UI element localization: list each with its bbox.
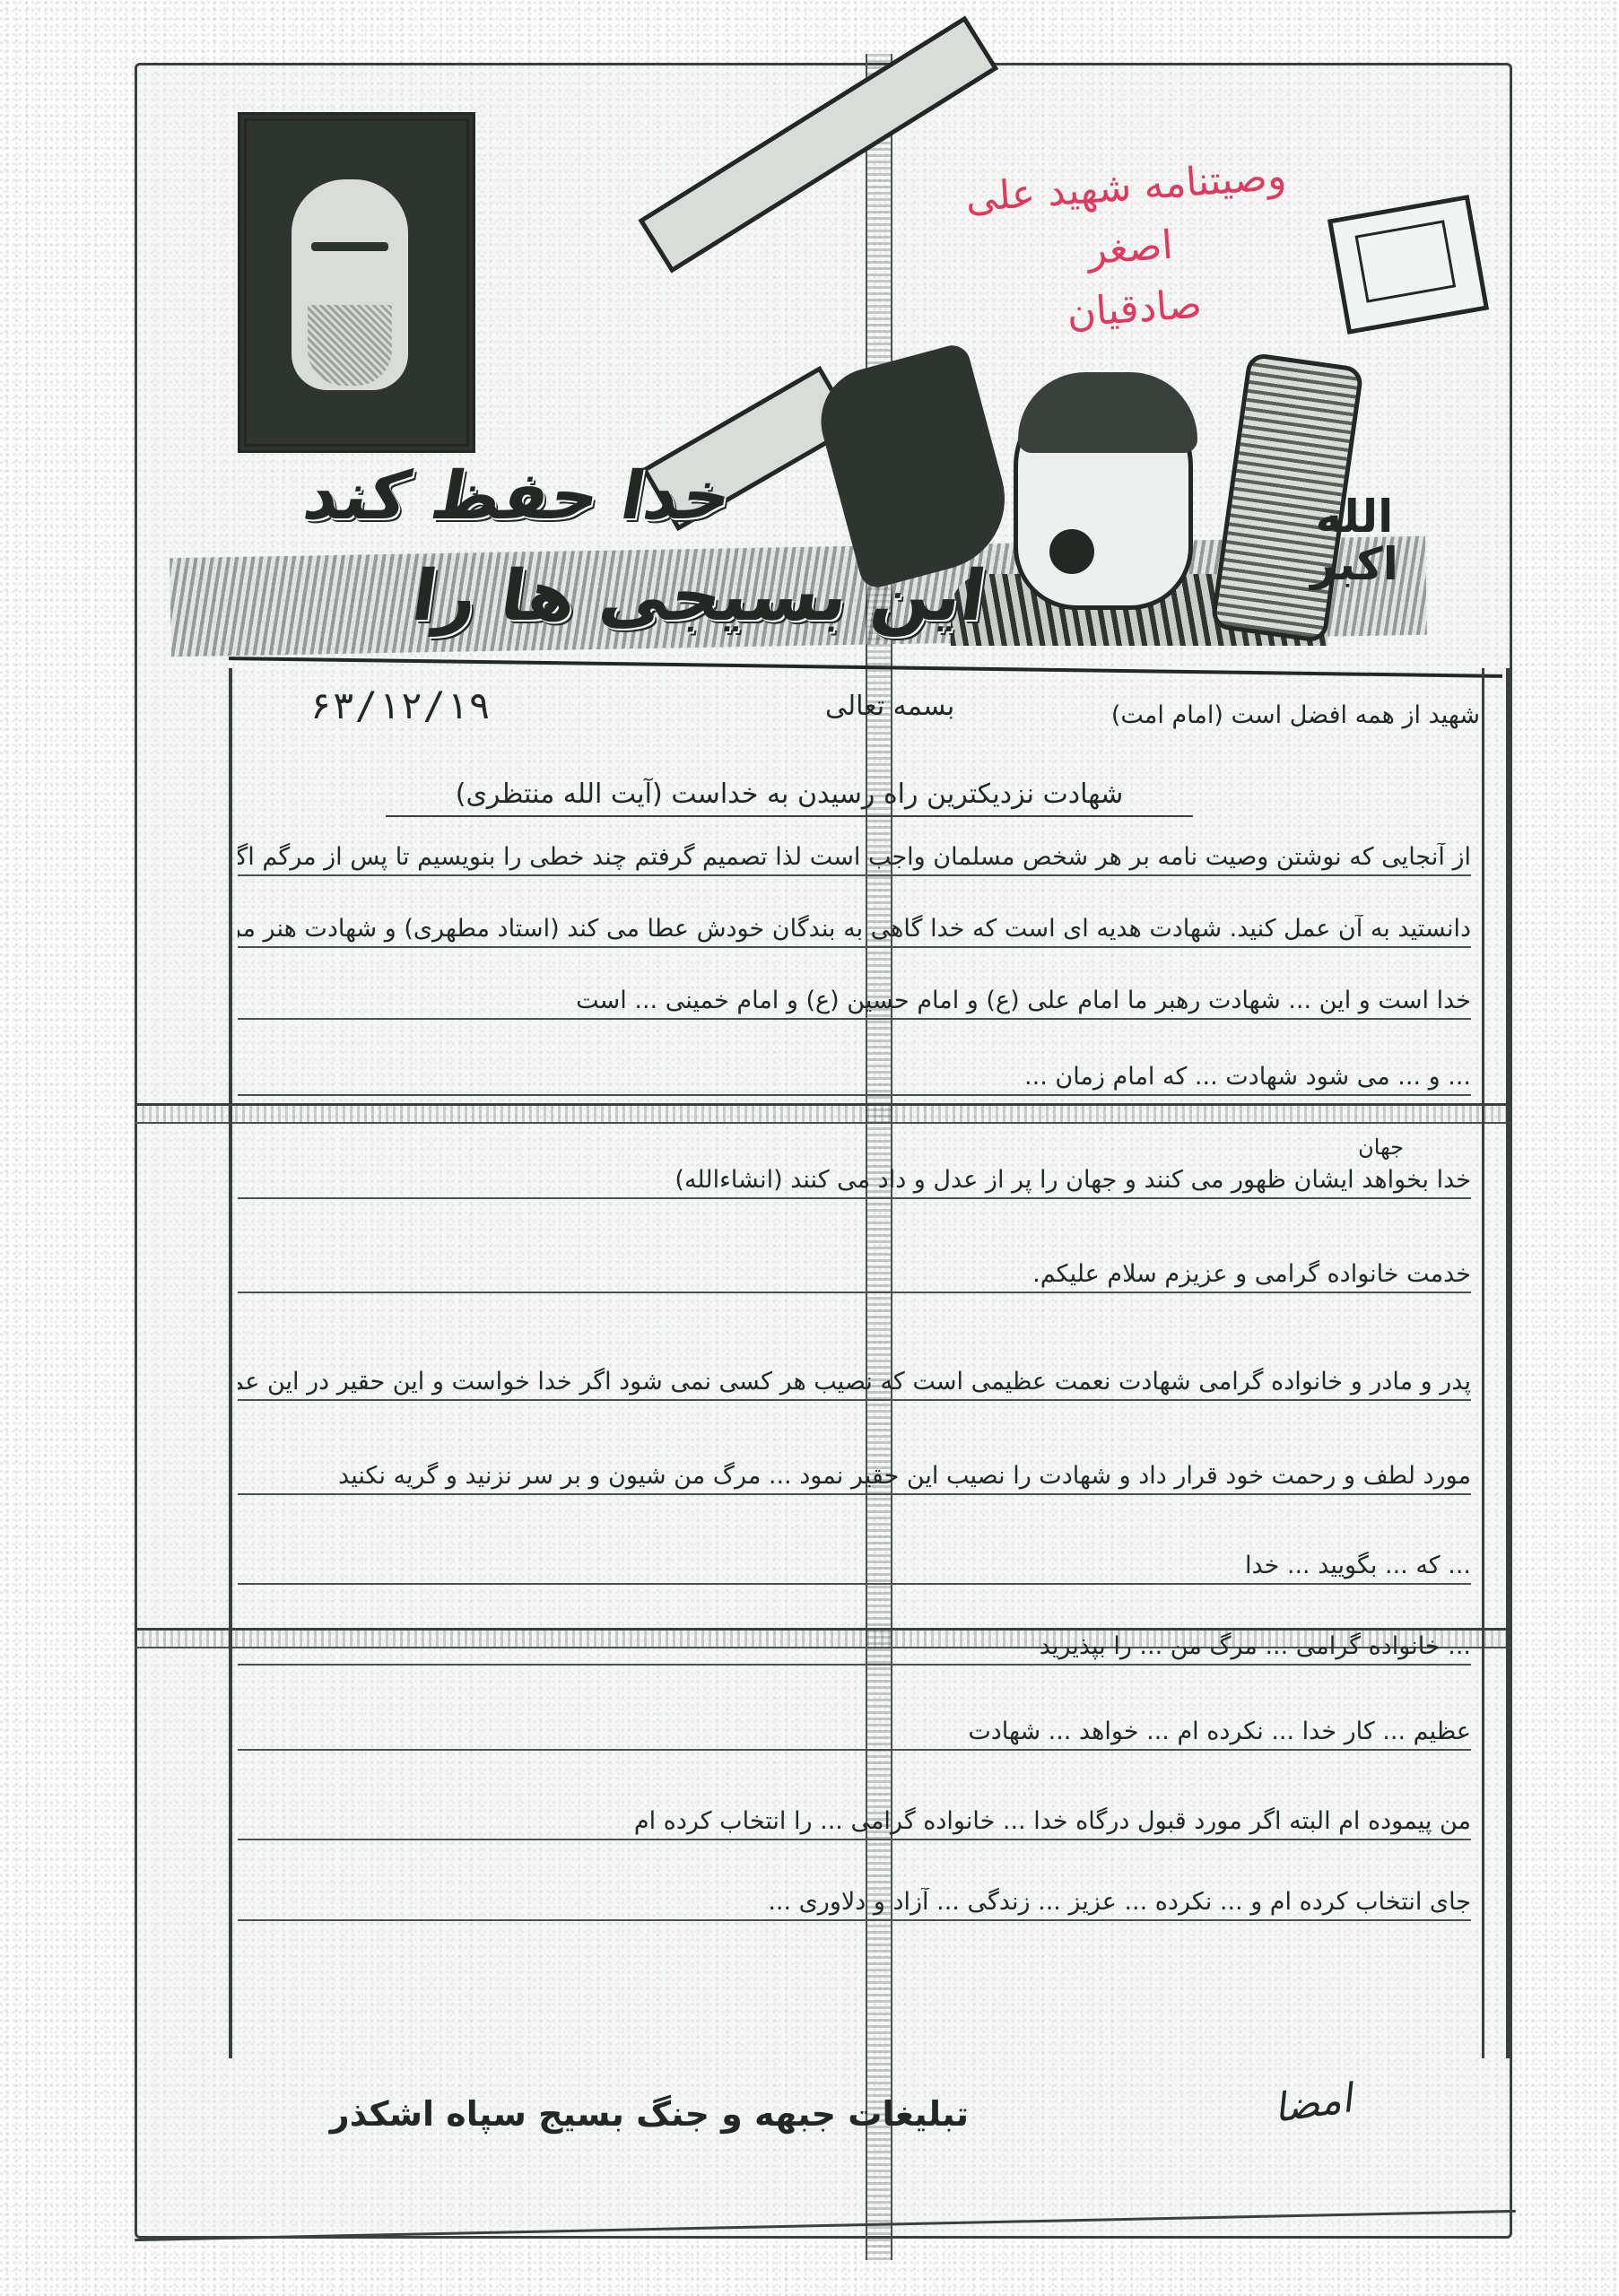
rifle-icon [638,15,998,273]
body-line: از آنجایی که نوشتن وصیت نامه بر هر شخص م… [238,843,1471,876]
annotation-line-1: وصیتنامه شهید علی اصغر [953,145,1302,291]
footer-organization: تبلیغات جبهه و جنگ بسیج سپاه اشکذر [251,2094,969,2134]
body-line: من پیموده ام البته اگر مورد قبول درگاه خ… [238,1807,1471,1840]
body-line: ... خانواده گرامی ... مرگ من ... را بپذی… [238,1632,1471,1665]
takbir-text: الله اکبر [1265,493,1444,587]
body-line: خدا است و این ... شهادت رهبر ما امام علی… [238,987,1471,1020]
portrait-face-icon [292,179,408,390]
body-line: جای انتخاب کرده ام و ... نکرده ... عزیز … [238,1888,1471,1921]
body-line: مورد لطف و رحمت خود قرار داد و شهادت را … [238,1462,1471,1495]
body-line: خدا بخواهد ایشان ظهور می کنند و جهان را … [238,1166,1471,1199]
body-line: خدمت خانواده گرامی و عزیزم سلام علیکم. [238,1260,1471,1293]
body-line: پدر و مادر و خانواده گرامی شهادت نعمت عظ… [238,1368,1471,1401]
body-line: عظیم ... کار خدا ... نکرده ام ... خواهد … [238,1718,1471,1751]
epigraph: شهید از همه افضل است (امام امت) [924,701,1480,729]
slogan-line-1: خدا حفظ کند [298,457,737,535]
letter-title: شهادت نزدیکترین راه رسیدن به خداست (آیت … [386,778,1193,817]
body-line: ... که ... بگویید ... خدا [238,1552,1471,1585]
letter-date: ۶۳/۱۲/۱۹ [309,683,491,727]
portrait-frame [238,112,475,453]
slogan-line-2: این بسیجی ها را [407,556,991,637]
body-line: ... و ... می شود شهادت ... که امام زمان … [238,1063,1471,1096]
body-line-insert: جهان [1045,1135,1404,1163]
letter-frame [229,668,1510,2058]
red-handwritten-annotation: وصیتنامه شهید علی اصغر صادقیان [953,145,1306,352]
body-line: دانستید به آن عمل کنید. شهادت هدیه ای اس… [238,915,1471,948]
quran-icon [1327,195,1489,335]
